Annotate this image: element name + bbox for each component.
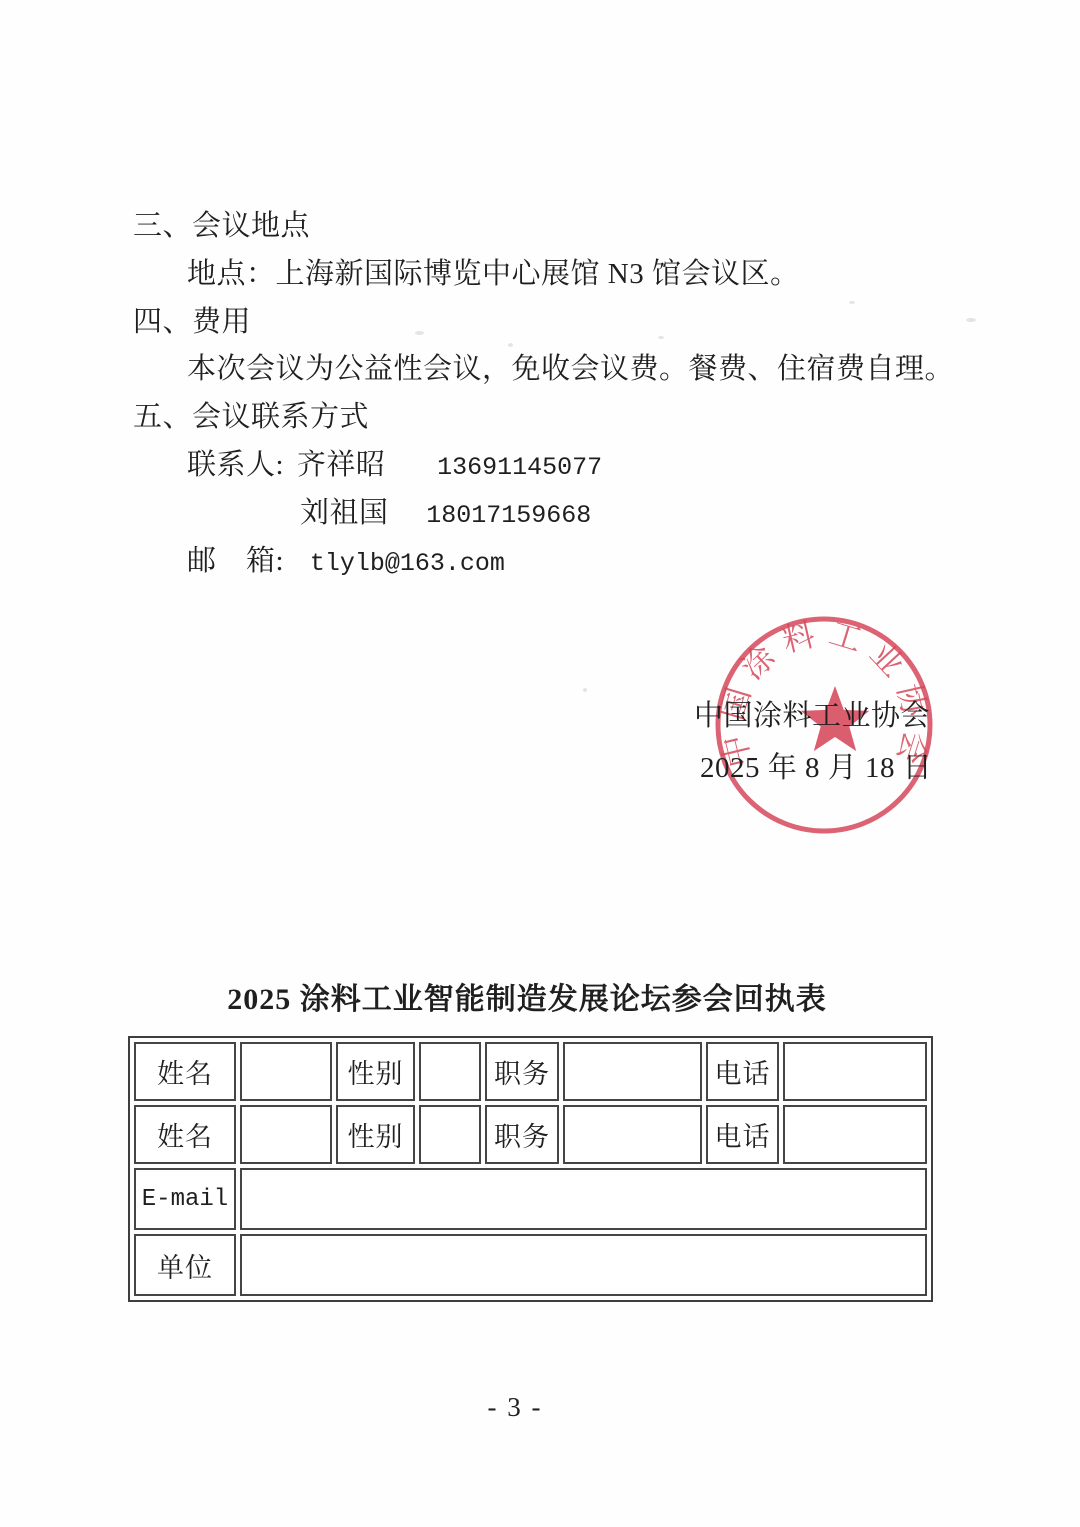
email-value: tlylb@163.com: [310, 549, 505, 578]
scan-artifact: [508, 343, 513, 347]
field-name-2: [240, 1105, 332, 1164]
contact-2-name: 刘祖国: [300, 497, 389, 529]
contact-line-1: 联系人: 齐祥昭 13691145077: [187, 448, 602, 485]
field-phone-1: [783, 1042, 927, 1101]
field-gender-2: [419, 1105, 481, 1164]
field-phone-2: [783, 1105, 927, 1164]
table-row-person-2: 姓名 性别 职务 电话: [134, 1105, 927, 1164]
label-phone-2: 电话: [706, 1105, 779, 1164]
scan-artifact: [849, 301, 855, 304]
section-4-heading: 四、费用: [133, 305, 251, 339]
contact-1-name: 齐祥昭: [297, 449, 386, 481]
scan-artifact: [658, 336, 664, 339]
page-number: - 3 -: [0, 1392, 1030, 1423]
label-name-1: 姓名: [134, 1042, 236, 1101]
field-gender-1: [419, 1042, 481, 1101]
document-page: 三、会议地点 地点：上海新国际博览中心展馆 N3 馆会议区。 四、费用 本次会议…: [0, 0, 1080, 1527]
field-title-1: [563, 1042, 702, 1101]
reply-form-title: 2025 涂料工业智能制造发展论坛参会回执表: [0, 974, 1054, 1018]
table-row-company: 单位: [134, 1234, 927, 1296]
reply-form-table: 姓名 性别 职务 电话 姓名 性别 职务 电话 E-mail 单位: [128, 1036, 933, 1302]
field-email: [240, 1168, 927, 1230]
field-company: [240, 1234, 927, 1296]
section-3-body: 地点：上海新国际博览中心展馆 N3 馆会议区。: [187, 257, 799, 291]
field-name-1: [240, 1042, 332, 1101]
section-5-heading: 五、会议联系方式: [133, 400, 369, 434]
table-row-email: E-mail: [134, 1168, 927, 1230]
contact-label: 联系人:: [187, 449, 284, 481]
contact-2-phone: 18017159668: [426, 501, 591, 530]
scan-artifact: [966, 318, 976, 322]
email-label: 邮 箱:: [187, 545, 284, 577]
contact-line-2: 刘祖国 18017159668: [300, 496, 591, 533]
label-title-1: 职务: [485, 1042, 559, 1101]
table-row-person-1: 姓名 性别 职务 电话: [134, 1042, 927, 1101]
signature-date: 2025 年 8 月 18 日: [700, 751, 932, 785]
signature-org: 中国涂料工业协会: [694, 699, 930, 733]
label-email: E-mail: [134, 1168, 236, 1230]
scan-artifact: [583, 688, 587, 692]
label-company: 单位: [134, 1234, 236, 1296]
label-gender-2: 性别: [336, 1105, 415, 1164]
field-title-2: [563, 1105, 702, 1164]
label-phone-1: 电话: [706, 1042, 779, 1101]
section-3-heading: 三、会议地点: [133, 209, 310, 243]
email-line: 邮 箱: tlylb@163.com: [187, 544, 505, 581]
label-gender-1: 性别: [336, 1042, 415, 1101]
scan-artifact: [415, 331, 424, 335]
contact-1-phone: 13691145077: [437, 453, 602, 482]
label-name-2: 姓名: [134, 1105, 236, 1164]
section-4-body: 本次会议为公益性会议，免收会议费。餐费、住宿费自理。: [187, 352, 954, 386]
label-title-2: 职务: [485, 1105, 559, 1164]
